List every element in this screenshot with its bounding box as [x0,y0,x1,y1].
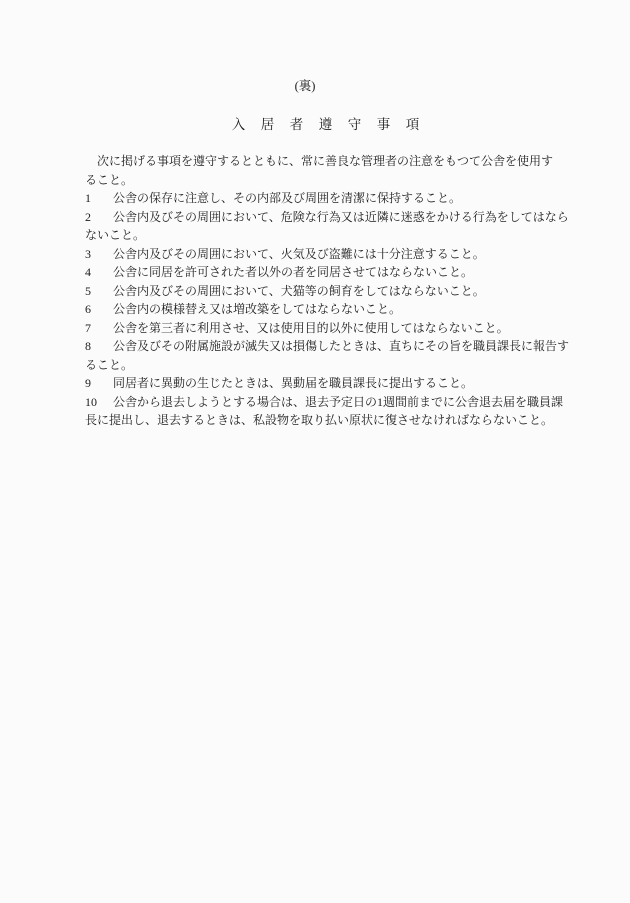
text-line: 3公舎内及びその周囲において、火気及び盗難には十分注意すること。 [85,245,545,264]
item-text: 公舎内及びその周囲において、危険な行為又は近隣に迷惑をかける行為をしてはなら [113,210,569,224]
list-item: 10公舎から退去しようとする場合は、退去予定日の1週間前までに公舎退去届を職員課… [85,393,545,430]
item-number: 9 [85,374,113,393]
document-title: 入 居 者 遵 守 事 項 [85,115,545,135]
item-number: 2 [85,208,113,227]
list-item: 5公舎内及びその周囲において、犬猫等の飼育をしてはならないこと。 [85,282,545,301]
item-text: 公舎内の模様替え又は増改築をしてはならないこと。 [113,302,401,316]
text-line: 5公舎内及びその周囲において、犬猫等の飼育をしてはならないこと。 [85,282,545,301]
item-text: 同居者に異動の生じたときは、異動届を職員課長に提出すること。 [113,376,473,390]
text-line: 長に提出し、退去するときは、私設物を取り払い原状に復させなければならないこと。 [85,411,545,430]
text-line: 6公舎内の模様替え又は増改築をしてはならないこと。 [85,300,545,319]
item-text: 公舎内及びその周囲において、犬猫等の飼育をしてはならないこと。 [113,284,485,298]
list-item: 9同居者に異動の生じたときは、異動届を職員課長に提出すること。 [85,374,545,393]
list-item: 8公舎及びその附属施設が滅失又は損傷したときは、直ちにその旨を職員課長に報告す … [85,337,545,374]
item-number: 1 [85,189,113,208]
item-text: 公舎から退去しようとする場合は、退去予定日の1週間前までに公舎退去届を職員課 [113,395,563,409]
item-text: 公舎を第三者に利用させ、又は使用目的以外に使用してはならないこと。 [113,321,509,335]
intro-paragraph: 次に掲げる事項を遵守するとともに、常に善良な管理者の注意をもつて公舎を使用す る… [85,152,545,189]
list-item: 7公舎を第三者に利用させ、又は使用目的以外に使用してはならないこと。 [85,319,545,338]
list-item: 4公舎に同居を許可された者以外の者を同居させてはならないこと。 [85,263,545,282]
list-item: 3公舎内及びその周囲において、火気及び盗難には十分注意すること。 [85,245,545,264]
text-line: 4公舎に同居を許可された者以外の者を同居させてはならないこと。 [85,263,545,282]
text-line: 1公舎の保存に注意し、その内部及び周囲を清潔に保持すること。 [85,189,545,208]
item-number: 3 [85,245,113,264]
list-item: 6公舎内の模様替え又は増改築をしてはならないこと。 [85,300,545,319]
item-number: 4 [85,263,113,282]
text-line: ること。 [85,171,545,190]
text-line: 9同居者に異動の生じたときは、異動届を職員課長に提出すること。 [85,374,545,393]
item-text: 公舎及びその附属施設が滅失又は損傷したときは、直ちにその旨を職員課長に報告す [113,339,569,353]
item-number: 5 [85,282,113,301]
text-line: ること。 [85,356,545,375]
text-line: 7公舎を第三者に利用させ、又は使用目的以外に使用してはならないこと。 [85,319,545,338]
text-line: 2公舎内及びその周囲において、危険な行為又は近隣に迷惑をかける行為をしてはなら [85,208,545,227]
text-line: 8公舎及びその附属施設が滅失又は損傷したときは、直ちにその旨を職員課長に報告す [85,337,545,356]
item-number: 7 [85,319,113,338]
text-line: ないこと。 [85,226,545,245]
text-line: 10公舎から退去しようとする場合は、退去予定日の1週間前までに公舎退去届を職員課 [85,393,545,412]
text-line: 次に掲げる事項を遵守するとともに、常に善良な管理者の注意をもつて公舎を使用す [85,152,545,171]
item-text: 公舎に同居を許可された者以外の者を同居させてはならないこと。 [113,265,473,279]
item-text: 公舎内及びその周囲において、火気及び盗難には十分注意すること。 [113,247,485,261]
document-body: 次に掲げる事項を遵守するとともに、常に善良な管理者の注意をもつて公舎を使用す る… [85,152,545,430]
item-number: 8 [85,337,113,356]
item-number: 6 [85,300,113,319]
item-number: 10 [85,393,113,412]
back-side-label: (裏) [85,77,545,95]
list-item: 1公舎の保存に注意し、その内部及び周囲を清潔に保持すること。 [85,189,545,208]
list-item: 2公舎内及びその周囲において、危険な行為又は近隣に迷惑をかける行為をしてはなら … [85,208,545,245]
document-page: (裏) 入 居 者 遵 守 事 項 次に掲げる事項を遵守するとともに、常に善良な… [0,0,630,903]
item-text: 公舎の保存に注意し、その内部及び周囲を清潔に保持すること。 [113,191,461,205]
